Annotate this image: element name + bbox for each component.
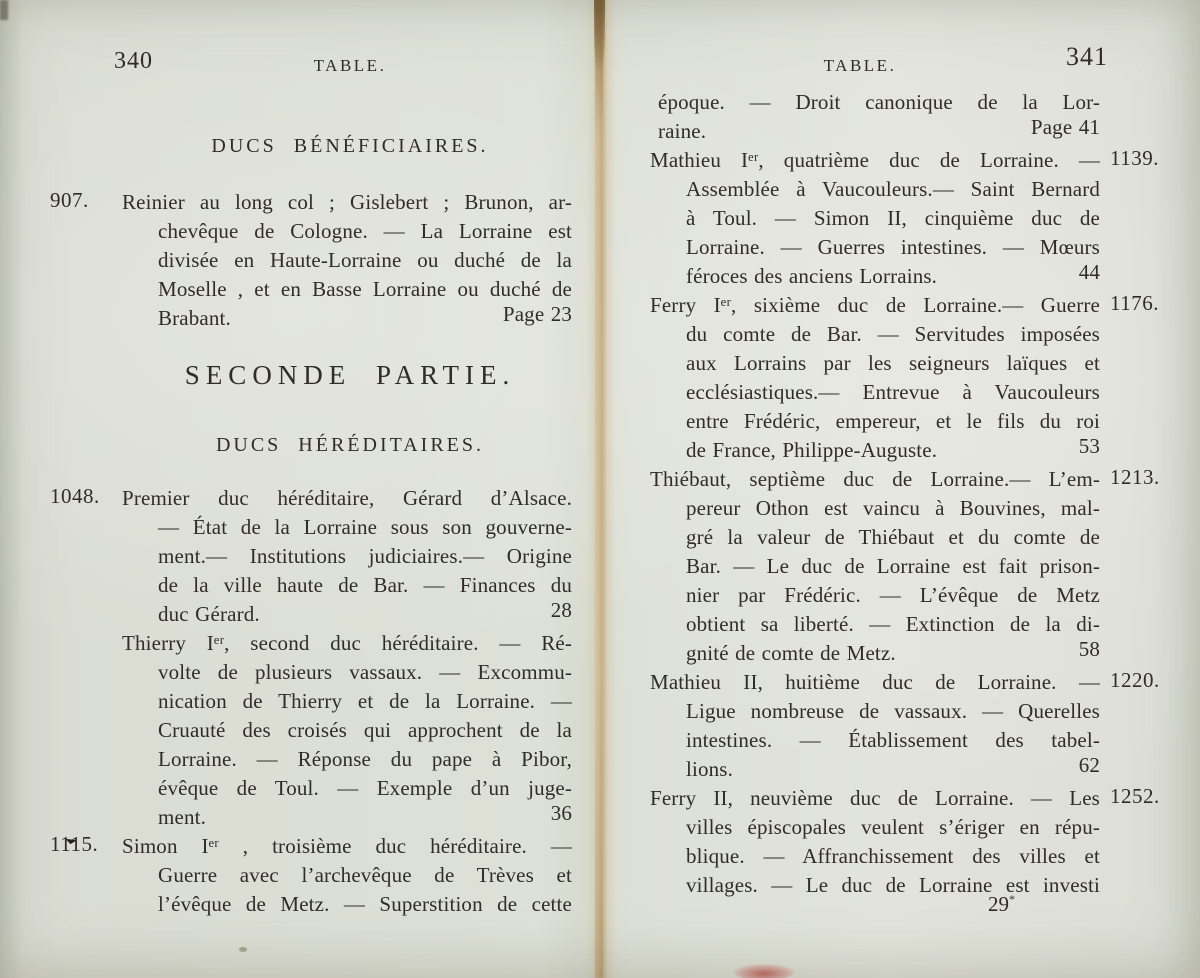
entry-line-text: nier par Frédéric. — L’évêque de Metz bbox=[686, 581, 1100, 610]
entry-line: Thiébaut, septième duc de Lorraine.— L’e… bbox=[650, 465, 1100, 494]
entry-line: Lorraine. — Guerres intestines. — Mœurs bbox=[650, 233, 1100, 262]
entry-line: évêque de Toul. — Exemple d’un juge- bbox=[122, 774, 572, 803]
entry-line: Cruauté des croisés qui approchent de la bbox=[122, 716, 572, 745]
entry-line-text: villes épiscopales veulent s’ériger en r… bbox=[686, 813, 1100, 842]
entry-line: ecclésiastiques.— Entrevue à Vaucouleurs bbox=[650, 378, 1100, 407]
entry-line-text: Lorraine. — Réponse du pape à Pibor, bbox=[158, 745, 572, 774]
entry-line-text: Thiébaut, septième duc de Lorraine.— L’e… bbox=[650, 465, 1100, 494]
signature-star: * bbox=[1009, 892, 1015, 906]
entry-line-text: Ligue nombreuse de vassaux. — Querelles bbox=[686, 697, 1100, 726]
entry-line: Assemblée à Vaucouleurs.— Saint Bernard bbox=[650, 175, 1100, 204]
entry-line: de la ville haute de Bar. — Finances du bbox=[122, 571, 572, 600]
entry-line-text: Simon Iᵉʳ , troisième duc héréditaire. — bbox=[122, 832, 572, 861]
entry-line: Ferry Iᵉʳ, sixième duc de Lorraine.— Gue… bbox=[650, 291, 1100, 320]
entry-line: du comte de Bar. — Servitudes imposées bbox=[650, 320, 1100, 349]
entry-line: gré la valeur de Thiébaut et du comte de bbox=[650, 523, 1100, 552]
entry-line: — État de la Lorraine sous son gouverne- bbox=[122, 513, 572, 542]
entry-line: duc Gérard.28 bbox=[122, 600, 572, 629]
entry-line-text: ment. bbox=[158, 803, 537, 832]
left-running-title: TABLE. bbox=[110, 56, 590, 76]
red-stain bbox=[733, 964, 795, 978]
entry-year-label: 1213. bbox=[1110, 465, 1200, 490]
entry-lines: Mathieu II, huitième duc de Lorraine. —L… bbox=[650, 668, 1100, 784]
entry-line-text: aux Lorrains par les seigneurs laïques e… bbox=[686, 349, 1100, 378]
entry-line-text: l’évêque de Metz. — Superstition de cett… bbox=[158, 890, 572, 919]
entry-line: Brabant.Page 23 bbox=[122, 304, 572, 333]
entry-line: chevêque de Cologne. — La Lorraine est bbox=[122, 217, 572, 246]
toc-entry: époque. — Droit canonique de la Lor-rain… bbox=[650, 88, 1195, 146]
entry-line: raine.Page 41 bbox=[650, 117, 1100, 146]
entry-year-label: 1252. bbox=[1110, 784, 1200, 809]
page-ref: 36 bbox=[551, 799, 572, 828]
entry-line-text: Guerre avec l’archevêque de Trèves et bbox=[158, 861, 572, 890]
entry-line-text: Thierry Iᵉʳ, second duc héréditaire. — R… bbox=[122, 629, 572, 658]
entry-line-text: intestines. — Établissement des tabel- bbox=[686, 726, 1100, 755]
entry-line-text: Ferry Iᵉʳ, sixième duc de Lorraine.— Gue… bbox=[650, 291, 1100, 320]
entry-line-text: de la ville haute de Bar. — Finances du bbox=[158, 571, 572, 600]
entry-line: Ligue nombreuse de vassaux. — Querelles bbox=[650, 697, 1100, 726]
entry-line: gnité de comte de Metz.58 bbox=[650, 639, 1100, 668]
entry-lines: Reinier au long col ; Gislebert ; Brunon… bbox=[122, 188, 572, 333]
page-ref: 58 bbox=[1079, 635, 1100, 664]
section-heading-ducs-beneficiaires: DUCS BÉNÉFICIAIRES. bbox=[110, 135, 590, 158]
right-page-number: 341 bbox=[1066, 42, 1108, 72]
entry-line: de France, Philippe-Auguste.53 bbox=[650, 436, 1100, 465]
entry-year-label: 1139. bbox=[1110, 146, 1200, 171]
entry-line-text: chevêque de Cologne. — La Lorraine est bbox=[158, 217, 572, 246]
page-corner-shadow bbox=[0, 0, 8, 20]
entry-line: lions.62 bbox=[650, 755, 1100, 784]
entry-line-text: ecclésiastiques.— Entrevue à Vaucouleurs bbox=[686, 378, 1100, 407]
entry-line: Simon Iᵉʳ , troisième duc héréditaire. — bbox=[122, 832, 572, 861]
entry-line: Lorraine. — Réponse du pape à Pibor, bbox=[122, 745, 572, 774]
toc-entry: 1213.Thiébaut, septième duc de Lorraine.… bbox=[650, 465, 1195, 668]
entry-line: volte de plusieurs vassaux. — Excommu- bbox=[122, 658, 572, 687]
entry-line-text: ment.— Institutions judiciaires.— Origin… bbox=[158, 542, 572, 571]
entry-line: pereur Othon est vaincu à Bouvines, mal- bbox=[650, 494, 1100, 523]
entry-line: Mathieu II, huitième duc de Lorraine. — bbox=[650, 668, 1100, 697]
entry-line-text: duc Gérard. bbox=[158, 600, 537, 629]
part-heading-seconde-partie: SECONDE PARTIE. bbox=[110, 360, 590, 391]
entry-line: nication de Thierry et de la Lorraine. — bbox=[122, 687, 572, 716]
entry-year-label: 1220. bbox=[1110, 668, 1200, 693]
entry-line: Reinier au long col ; Gislebert ; Brunon… bbox=[122, 188, 572, 217]
entry-line-text: du comte de Bar. — Servitudes imposées bbox=[686, 320, 1100, 349]
entry-year-label: 1048. bbox=[50, 484, 100, 509]
entry-line: Mathieu Iᵉʳ, quatrième duc de Lorraine. … bbox=[650, 146, 1100, 175]
entry-lines: Simon Iᵉʳ , troisième duc héréditaire. —… bbox=[122, 832, 572, 919]
entry-line-text: gnité de comte de Metz. bbox=[686, 639, 1065, 668]
entry-lines: époque. — Droit canonique de la Lor-rain… bbox=[650, 88, 1100, 146]
entry-line-text: Ferry II, neuvième duc de Lorraine. — Le… bbox=[650, 784, 1100, 813]
toc-entry: 1048.Premier duc héréditaire, Gérard d’A… bbox=[48, 484, 572, 629]
entry-line-text: lions. bbox=[686, 755, 1065, 784]
entry-year-label: 1176. bbox=[1110, 291, 1200, 316]
entry-line: féroces des anciens Lorrains.44 bbox=[650, 262, 1100, 291]
entry-line: Bar. — Le duc de Lorraine est fait priso… bbox=[650, 552, 1100, 581]
entry-line: ment.— Institutions judiciaires.— Origin… bbox=[122, 542, 572, 571]
entry-lines: Thiébaut, septième duc de Lorraine.— L’e… bbox=[650, 465, 1100, 668]
entry-line-text: de France, Philippe-Auguste. bbox=[686, 436, 1065, 465]
gutter-crease-top-shadow bbox=[594, 0, 605, 72]
entry-line-text: évêque de Toul. — Exemple d’un juge- bbox=[158, 774, 572, 803]
entry-lines: Premier duc héréditaire, Gérard d’Alsace… bbox=[122, 484, 572, 629]
entry-year-label: 907. bbox=[50, 188, 89, 213]
toc-entry: 1176.Ferry Iᵉʳ, sixième duc de Lorraine.… bbox=[650, 291, 1195, 465]
entry-line-text: gré la valeur de Thiébaut et du comte de bbox=[686, 523, 1100, 552]
gutter-crease-core bbox=[595, 0, 603, 978]
entry-lines: Mathieu Iᵉʳ, quatrième duc de Lorraine. … bbox=[650, 146, 1100, 291]
entry-line-text: entre Frédéric, empereur, et le fils du … bbox=[686, 407, 1100, 436]
entry-line-text: Brabant. bbox=[158, 304, 489, 333]
page-ref: 53 bbox=[1079, 432, 1100, 461]
entry-line-text: blique. — Affranchissement des villes et bbox=[686, 842, 1100, 871]
entry-line: villages. — Le duc de Lorraine est inves… bbox=[650, 871, 1100, 900]
page-ref: Page 41 bbox=[1031, 113, 1100, 142]
toc-entry: 1220.Mathieu II, huitième duc de Lorrain… bbox=[650, 668, 1195, 784]
entry-line-text: Mathieu II, huitième duc de Lorraine. — bbox=[650, 668, 1100, 697]
right-page-entries: époque. — Droit canonique de la Lor-rain… bbox=[650, 88, 1195, 900]
entry-line: ment.36 bbox=[122, 803, 572, 832]
dust-speck bbox=[239, 947, 247, 952]
book-scan: 340 TABLE. DUCS BÉNÉFICIAIRES. SECONDE P… bbox=[0, 0, 1200, 978]
entry-line-text: obtient sa liberté. — Extinction de la d… bbox=[686, 610, 1100, 639]
signature-number: 29 bbox=[988, 892, 1009, 916]
entry-year-label: 1115. bbox=[50, 832, 98, 857]
entry-line-text: raine. bbox=[658, 117, 1017, 146]
toc-entry: 1115.Simon Iᵉʳ , troisième duc héréditai… bbox=[48, 832, 572, 919]
entry-line: obtient sa liberté. — Extinction de la d… bbox=[650, 610, 1100, 639]
toc-entry: 1139.Mathieu Iᵉʳ, quatrième duc de Lorra… bbox=[650, 146, 1195, 291]
page-ref: 28 bbox=[551, 596, 572, 625]
entry-line: à Toul. — Simon II, cinquième duc de bbox=[650, 204, 1100, 233]
entry-line-text: volte de plusieurs vassaux. — Excommu- bbox=[158, 658, 572, 687]
entry-line-text: Bar. — Le duc de Lorraine est fait priso… bbox=[686, 552, 1100, 581]
page-ref: Page 23 bbox=[503, 300, 572, 329]
entry-line: aux Lorrains par les seigneurs laïques e… bbox=[650, 349, 1100, 378]
page-ref: 62 bbox=[1079, 751, 1100, 780]
entry-line: Guerre avec l’archevêque de Trèves et bbox=[122, 861, 572, 890]
entry-line: intestines. — Établissement des tabel- bbox=[650, 726, 1100, 755]
left-page-entries-main: 1048.Premier duc héréditaire, Gérard d’A… bbox=[48, 484, 572, 919]
entry-line: Thierry Iᵉʳ, second duc héréditaire. — R… bbox=[122, 629, 572, 658]
entry-line: l’évêque de Metz. — Superstition de cett… bbox=[122, 890, 572, 919]
entry-line-text: — État de la Lorraine sous son gouverne- bbox=[158, 513, 572, 542]
entry-line: nier par Frédéric. — L’évêque de Metz bbox=[650, 581, 1100, 610]
entry-line: Premier duc héréditaire, Gérard d’Alsace… bbox=[122, 484, 572, 513]
entry-line: blique. — Affranchissement des villes et bbox=[650, 842, 1100, 871]
entry-line-text: Mathieu Iᵉʳ, quatrième duc de Lorraine. … bbox=[650, 146, 1100, 175]
page-ref: 44 bbox=[1079, 258, 1100, 287]
entry-line: entre Frédéric, empereur, et le fils du … bbox=[650, 407, 1100, 436]
entry-line-text: villages. — Le duc de Lorraine est inves… bbox=[686, 871, 1100, 900]
entry-line: villes épiscopales veulent s’ériger en r… bbox=[650, 813, 1100, 842]
toc-entry: Thierry Iᵉʳ, second duc héréditaire. — R… bbox=[48, 629, 572, 832]
signature-mark: 29* bbox=[988, 892, 1015, 917]
entry-line: divisée en Haute-Lorraine ou duché de la bbox=[122, 246, 572, 275]
entry-line-text: Lorraine. — Guerres intestines. — Mœurs bbox=[686, 233, 1100, 262]
entry-line-text: à Toul. — Simon II, cinquième duc de bbox=[686, 204, 1100, 233]
toc-entry: 907.Reinier au long col ; Gislebert ; Br… bbox=[48, 188, 572, 333]
entry-line: Ferry II, neuvième duc de Lorraine. — Le… bbox=[650, 784, 1100, 813]
right-running-title: TABLE. bbox=[630, 56, 1090, 76]
entry-line-text: Assemblée à Vaucouleurs.— Saint Bernard bbox=[686, 175, 1100, 204]
entry-line-text: pereur Othon est vaincu à Bouvines, mal- bbox=[686, 494, 1100, 523]
entry-line-text: féroces des anciens Lorrains. bbox=[686, 262, 1065, 291]
entry-line-text: nication de Thierry et de la Lorraine. — bbox=[158, 687, 572, 716]
entry-line-text: Cruauté des croisés qui approchent de la bbox=[158, 716, 572, 745]
entry-lines: Ferry II, neuvième duc de Lorraine. — Le… bbox=[650, 784, 1100, 900]
entry-line-text: Premier duc héréditaire, Gérard d’Alsace… bbox=[122, 484, 572, 513]
entry-line-text: divisée en Haute-Lorraine ou duché de la bbox=[158, 246, 572, 275]
entry-line-text: Reinier au long col ; Gislebert ; Brunon… bbox=[122, 188, 572, 217]
toc-entry: 1252.Ferry II, neuvième duc de Lorraine.… bbox=[650, 784, 1195, 900]
entry-lines: Thierry Iᵉʳ, second duc héréditaire. — R… bbox=[122, 629, 572, 832]
subsection-heading-ducs-hereditaires: DUCS HÉRÉDITAIRES. bbox=[110, 434, 590, 457]
left-page-entries-top: 907.Reinier au long col ; Gislebert ; Br… bbox=[48, 188, 572, 333]
entry-lines: Ferry Iᵉʳ, sixième duc de Lorraine.— Gue… bbox=[650, 291, 1100, 465]
